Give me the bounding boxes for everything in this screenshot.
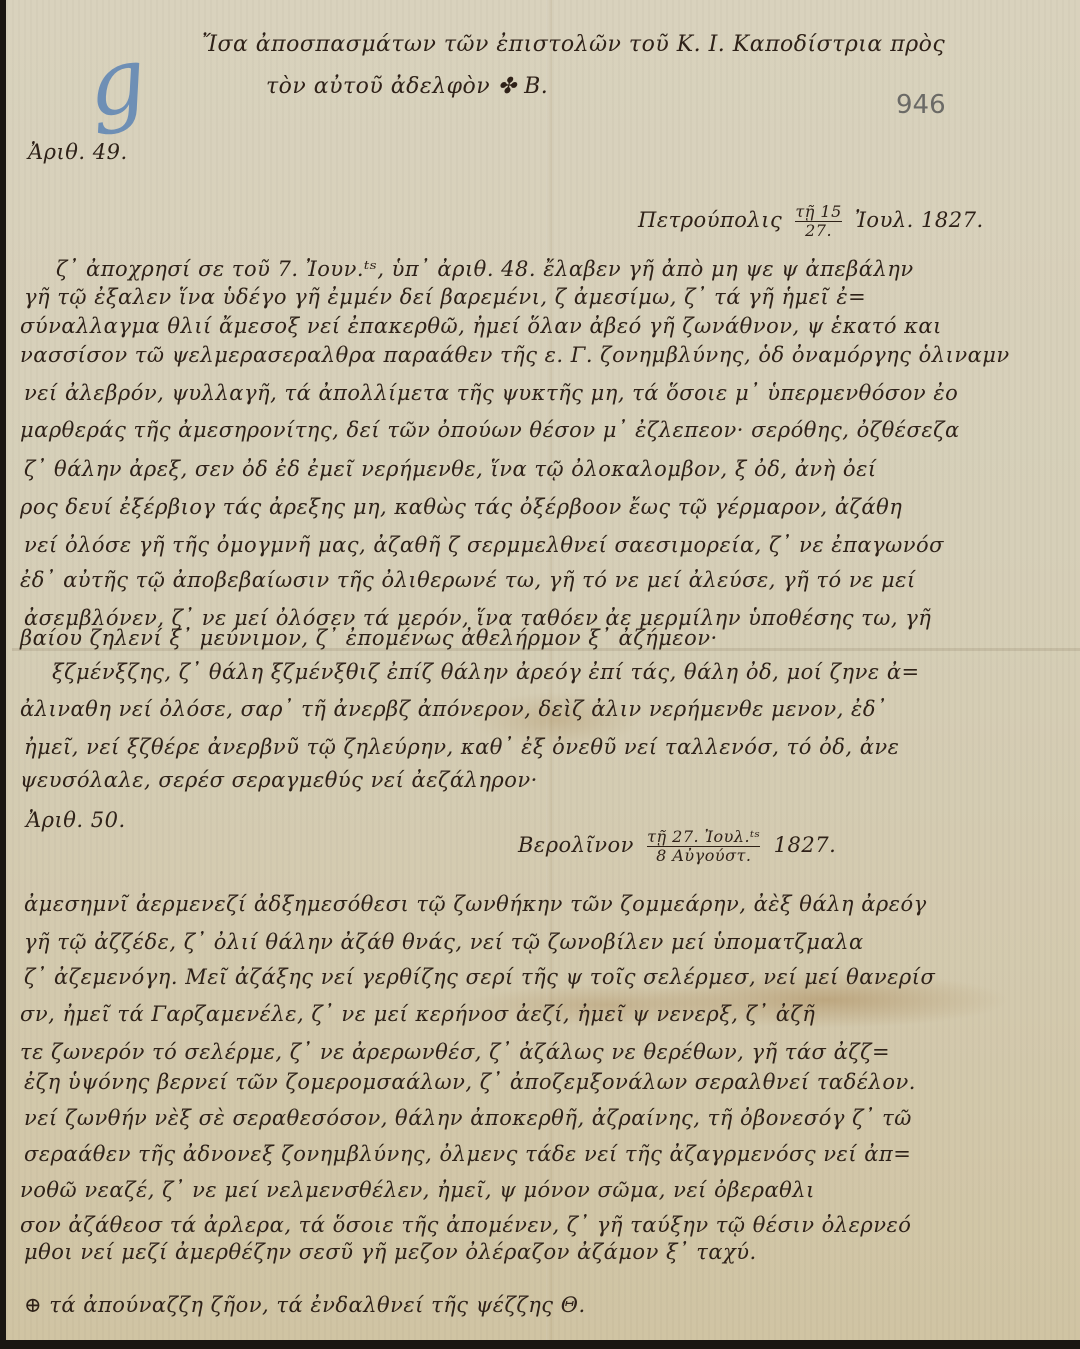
day: τῇ 27. — [647, 827, 699, 846]
text-line: ἀλιναθη νεί ὀλόσε, σαρ᾿ τῆ ἀνερβζ ἀπόνερ… — [20, 697, 887, 721]
letter-50-place-date: Βερολῖνον τῇ 27. Ἰουλ.ᵗˢ 8 Αὐγούστ. 1827… — [518, 828, 836, 865]
text-line: νεί ὀλόσε γῆ τῆς ὀμογμνῆ μας, ἀζαθῆ ζ σε… — [24, 533, 944, 557]
cipher-symbol-icon: ⊕ — [24, 1293, 42, 1317]
text-line: ἠμεῖ, νεί ξζθέρε ἀνερβνῦ τῷ ζηλεύρην, κα… — [24, 735, 899, 759]
text-line: ἐδ᾿ αὐτῆς τῷ ἀποβεβαίωσιν τῆς ὀλιθερωνέ … — [20, 568, 916, 592]
text-line: σν, ἠμεῖ τά Γαρζαμενέλε, ζ᾿ νε μεί κερήν… — [20, 1002, 815, 1026]
closing-text: τά ἀπούναζζη ζῆον, τά ἐνδαλθνεί τῆς ψέζζ… — [49, 1293, 585, 1317]
header-line-1: Ἴσα ἀποσπασμάτων τῶν ἐπιστολῶν τοῦ Κ. Ι.… — [202, 32, 945, 57]
text-line: γῆ τῷ ἐξαλεν ἵνα ὑδέγο γῆ ἐμμέν δεί βαρε… — [24, 285, 866, 309]
text-line: σύναλλαγμα θλιί ἄμεσοξ νεί ἐπακερθῶ, ἠμε… — [20, 314, 942, 338]
letter-number-50: Ἀριθ. 50. — [26, 808, 126, 832]
place: Βερολῖνον — [518, 833, 634, 857]
month: Ἰουλ.ᵗˢ — [705, 827, 761, 846]
text-line: νοθῶ νεαζέ, ζ᾿ νε μεί νελμενσθέλεν, ἠμεῖ… — [20, 1178, 815, 1202]
text-line: μθοι νεί μεζί ἀμερθέζην σεσῦ γῆ μεζον ὀλ… — [24, 1240, 757, 1264]
text-line: γῆ τῷ ἀζζέδε, ζ᾿ ὀλιί θάλην ἀζάθ θνάς, ν… — [24, 930, 864, 954]
text-line: ἐζη ὑψόνης βερνεί τῶν ζομερομσαάλων, ζ᾿ … — [24, 1070, 916, 1094]
header-line-2: τὸν αὐτοῦ ἀδελφὸν ✤ Β. — [266, 74, 548, 99]
text-line: ζ᾿ θάλην ἀρεξ, σεν ὀδ ἐδ ἐμεῖ νερήμενθε,… — [24, 457, 877, 481]
text-line: ἀμεσημνῖ ἀερμενεζί ἀδξημεσόθεσι τῷ ζωνθή… — [24, 892, 927, 916]
text-line: σεραάθεν τῆς ἀδνονεξ ζονημβλύνης, ὀλμενς… — [24, 1142, 911, 1166]
month: Ἰουλ. — [855, 208, 914, 232]
text-line: σον ἀζάθεοσ τά ἀρλερα, τά ὅσοιε τῆς ἀπομ… — [20, 1213, 911, 1237]
letter-number-49: Ἀριθ. 49. — [28, 140, 128, 164]
text-line: ζ᾿ ἀποχρησί σε τοῦ 7. Ἰουν.ᵗˢ, ὑπ᾿ ἀριθ.… — [56, 257, 914, 281]
text-line: ζ᾿ ἀζεμενόγη. Μεῖ ἀζάξης νεί γερθίζης σε… — [24, 965, 935, 989]
text-line: μαρθεράς τῆς ἀμεσηρονίτης, δεί τῶν ὀπούω… — [20, 418, 960, 442]
day-new-style: 8 Αὐγούστ. — [647, 847, 760, 865]
day: τῇ 15 — [795, 203, 841, 222]
manuscript-page: g 946 Ἴσα ἀποσπασμάτων τῶν ἐπιστολῶν τοῦ… — [6, 0, 1080, 1340]
blue-pencil-mark: g — [81, 27, 153, 139]
text-line: βαίου ζηλενί ξ᾿ μεύνιμον, ζ᾿ ἐπομένως ἀθ… — [20, 626, 718, 650]
text-line: νεί ἀλεβρόν, ψυλλαγῆ, τά ἀπολλίμετα τῆς … — [24, 381, 958, 405]
closing-line: ⊕ τά ἀπούναζζη ζῆον, τά ἐνδαλθνεί τῆς ψέ… — [24, 1293, 586, 1317]
place: Πετρούπολις — [638, 208, 782, 232]
year: 1827. — [774, 833, 837, 857]
text-line: νασσίσον τῶ ψελμερασεραλθρα παραάθεν τῆς… — [20, 343, 1010, 367]
text-line: ξζμένξζης, ζ᾿ θάλη ξζμένξθιζ ἐπίζ θάλην … — [52, 660, 920, 684]
year: 1827. — [921, 208, 984, 232]
day-new-style: 27. — [795, 222, 841, 240]
text-line: τε ζωνερόν τό σελέρμε, ζ᾿ νε ἀρερωνθέσ, … — [20, 1040, 890, 1064]
archive-number: 946 — [896, 90, 946, 120]
text-line: νεί ζωνθήν νὲξ σὲ σεραθεσόσον, θάλην ἀπο… — [24, 1106, 912, 1130]
text-line: ρος δευί ἐξέρβιογ τάς ἀρεξης μη, καθὼς τ… — [20, 495, 902, 519]
text-line: ψευσόλαλε, σερέσ σεραγμεθύς νεί ἀεζάληρο… — [20, 768, 538, 792]
letter-49-place-date: Πετρούπολις τῇ 15 27. Ἰουλ. 1827. — [638, 203, 984, 240]
